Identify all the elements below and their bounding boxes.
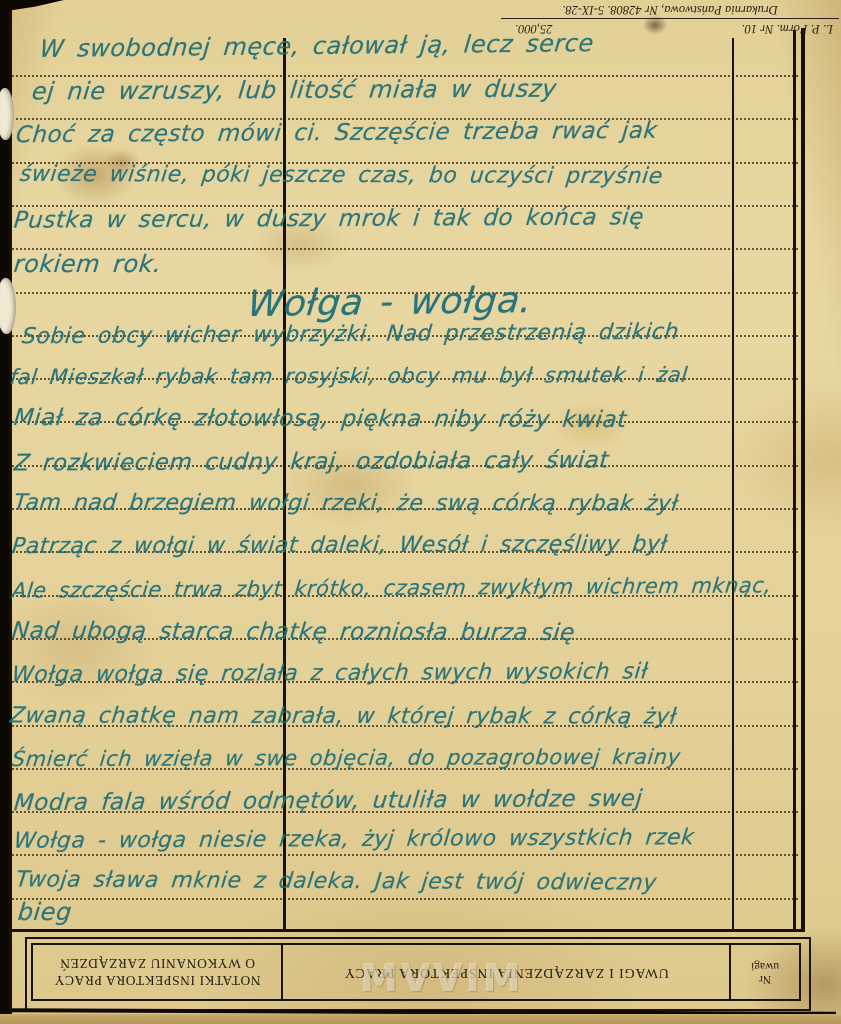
torn-hole-top — [0, 88, 14, 140]
column-line-2 — [732, 38, 734, 932]
right-border-line-b — [801, 28, 805, 932]
left-margin-line — [9, 0, 12, 1024]
dotted-rule — [12, 854, 798, 856]
scanned-notebook-page: L. P. Form. Nr 10. 25,000. Drukarnia Pań… — [0, 0, 841, 1024]
handwritten-line: Wołga - wołga niesie rzeka, żyj królowo … — [13, 825, 696, 854]
printer-name-label: Drukarnia Państwowa, Nr 42808. 5-IX-28. — [501, 0, 839, 19]
notatki-header-label: NOTATKI INSPEKTORA PRACY O WYKONANIU ZAR… — [54, 955, 261, 989]
handwritten-line: Zwaną chatkę nam zabrała, w której rybak… — [9, 703, 678, 729]
handwritten-line: rokiem rok. — [13, 250, 163, 278]
right-border-line-a — [793, 30, 796, 932]
handwritten-line: Choć za często mówi ci. Szczęście trzeba… — [15, 118, 659, 148]
handwritten-line: Sobie obcy wicher wybrzyżki. Nad przestr… — [21, 320, 680, 350]
handwritten-line: bieg — [17, 898, 74, 926]
dotted-rule — [12, 898, 798, 900]
table-top-border — [10, 929, 802, 932]
form-number-label: L. P. Form. Nr 10. — [742, 21, 833, 36]
footer-cell-notatki: NOTATKI INSPEKTORA PRACY O WYKONANIU ZAR… — [33, 945, 283, 999]
handwritten-line: Wołga wołga się rozlała z całych swych w… — [11, 659, 649, 687]
binding-edge — [0, 0, 9, 1024]
handwritten-line: fal Mieszkał rybak tam rosyjski, obcy mu… — [9, 363, 689, 389]
handwritten-line: Nad ubogą starca chatkę rozniosła burza … — [11, 618, 577, 646]
handwritten-line: ej nie wzruszy, lub litość miała w duszy — [31, 75, 559, 106]
nr-uwagi-header-label: Nr uwagi — [751, 959, 779, 985]
handwritten-line: Pustka w sercu, w duszy mrok i tak do ko… — [13, 204, 646, 233]
handwritten-line: Twoja sława mknie z daleka. Jak jest twó… — [15, 867, 659, 895]
handwritten-line: Tam nad brzegiem wołgi rzeki, że swą cór… — [13, 490, 680, 516]
handwritten-line: Śmierć ich wzięła w swe objęcia, do poza… — [11, 745, 682, 771]
handwritten-line: Patrząc z wołgi w świat daleki, Wesół i … — [11, 532, 669, 559]
archive-watermark: MVVIM — [360, 956, 524, 1000]
handwritten-line: W swobodnej męce, całował ją, lecz serce — [39, 29, 596, 63]
handwritten-line: Miał za córkę złotowłosą, piękna niby ró… — [13, 405, 629, 433]
handwritten-line: Ale szczęście trwa zbyt krótko, czasem z… — [11, 573, 773, 602]
handwritten-line: świeże wiśnie, póki jeszcze czas, bo ucz… — [19, 162, 665, 189]
footer-cell-nr: Nr uwagi — [731, 945, 799, 999]
corner-shadow — [0, 0, 64, 12]
page-edge-shadow — [0, 1014, 841, 1024]
handwritten-line: Modra fala wśród odmętów, utuliła w wołd… — [13, 786, 644, 816]
handwritten-line: Z rozkwieciem cudny kraj, ozdobiała cały… — [13, 447, 611, 476]
torn-hole-middle — [0, 278, 16, 334]
handwritten-heading: Wołga - wołga. — [246, 280, 534, 325]
